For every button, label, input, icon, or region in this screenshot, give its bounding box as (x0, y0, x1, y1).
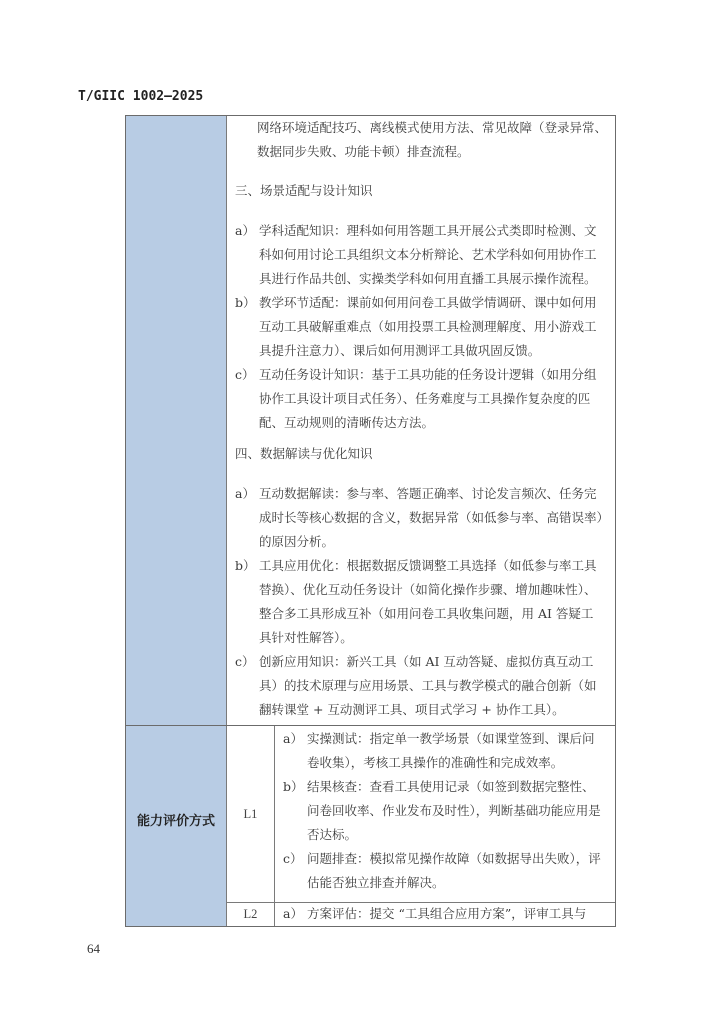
list-item: b） 工具应用优化：根据数据反馈调整工具选择（如低参与率工具替换）、优化互动任务… (235, 554, 605, 650)
section-heading-data: 四、数据解读与优化知识 (235, 442, 373, 466)
list-item: b） 结果核查：查看工具使用记录（如签到数据完整性、问卷回收率、作业发布及时性）… (283, 775, 605, 847)
competency-table: 网络环境适配技巧、离线模式使用方法、常见故障（登录异常、数据同步失败、功能卡顿）… (125, 115, 616, 927)
list-item: c） 问题排查：模拟常见操作故障（如数据导出失败），评估能否独立排查并解决。 (283, 847, 605, 895)
item-text: 问题排查：模拟常见操作故障（如数据导出失败），评估能否独立排查并解决。 (307, 847, 605, 895)
item-text: 互动任务设计知识：基于工具功能的任务设计逻辑（如用分组协作工具设计项目式任务）、… (259, 363, 605, 435)
item-marker: a） (235, 219, 255, 243)
item-marker: c） (283, 847, 303, 871)
document-standard-id: T/GIIC 1002—2025 (78, 89, 203, 104)
item-text: 实操测试：指定单一教学场景（如课堂签到、课后问卷收集），考核工具操作的准确性和完… (307, 727, 605, 775)
intro-paragraph: 网络环境适配技巧、离线模式使用方法、常见故障（登录异常、数据同步失败、功能卡顿）… (257, 116, 609, 164)
item-text: 学科适配知识：理科如何用答题工具开展公式类即时检测、文科如何用讨论工具组织文本分… (259, 219, 605, 291)
row-label-evaluation-method: 能力评价方式 (126, 810, 226, 829)
list-item: a） 互动数据解读：参与率、答题正确率、讨论发言频次、任务完成时长等核心数据的含… (235, 482, 605, 554)
item-marker: b） (283, 775, 304, 799)
item-marker: a） (283, 727, 303, 751)
row-label-cell: 能力评价方式 (126, 726, 227, 926)
item-marker: b） (235, 554, 256, 578)
level-content-l2: a） 方案评估：提交 “工具组合应用方案”，评审工具与 (275, 903, 615, 926)
item-marker: b） (235, 291, 256, 315)
item-marker: a） (283, 903, 303, 926)
item-text: 创新应用知识：新兴工具（如 AI 互动答疑、虚拟仿真互动工具）的技术原理与应用场… (259, 650, 605, 722)
list-item: c） 互动任务设计知识：基于工具功能的任务设计逻辑（如用分组协作工具设计项目式任… (235, 363, 605, 435)
list-item: b） 教学环节适配：课前如何用问卷工具做学情调研、课中如何用互动工具破解重难点（… (235, 291, 605, 363)
item-text: 方案评估：提交 “工具组合应用方案”，评审工具与 (307, 903, 605, 926)
item-marker: c） (235, 363, 255, 387)
row-label-cell-empty (126, 116, 227, 725)
list-item: c） 创新应用知识：新兴工具（如 AI 互动答疑、虚拟仿真互动工具）的技术原理与… (235, 650, 605, 722)
knowledge-content-cell: 网络环境适配技巧、离线模式使用方法、常见故障（登录异常、数据同步失败、功能卡顿）… (227, 116, 615, 725)
item-text: 工具应用优化：根据数据反馈调整工具选择（如低参与率工具替换）、优化互动任务设计（… (259, 554, 605, 650)
list-item: a） 方案评估：提交 “工具组合应用方案”，评审工具与 (283, 903, 605, 926)
level-cell-l1: L1 (227, 726, 275, 902)
item-marker: a） (235, 482, 255, 506)
table-row-evaluation: 能力评价方式 L1 a） 实操测试：指定单一教学场景（如课堂签到、课后问卷收集）… (126, 726, 615, 926)
item-text: 结果核查：查看工具使用记录（如签到数据完整性、问卷回收率、作业发布及时性），判断… (307, 775, 605, 847)
level-content-l1: a） 实操测试：指定单一教学场景（如课堂签到、课后问卷收集），考核工具操作的准确… (275, 726, 615, 902)
list-item: a） 实操测试：指定单一教学场景（如课堂签到、课后问卷收集），考核工具操作的准确… (283, 727, 605, 775)
section-heading-scene: 三、场景适配与设计知识 (235, 179, 373, 203)
table-row-knowledge-continued: 网络环境适配技巧、离线模式使用方法、常见故障（登录异常、数据同步失败、功能卡顿）… (126, 116, 615, 726)
item-text: 互动数据解读：参与率、答题正确率、讨论发言频次、任务完成时长等核心数据的含义，数… (259, 482, 605, 554)
list-item: a） 学科适配知识：理科如何用答题工具开展公式类即时检测、文科如何用讨论工具组织… (235, 219, 605, 291)
page-number: 64 (87, 941, 100, 957)
item-marker: c） (235, 650, 255, 674)
level-cell-l2: L2 (227, 903, 275, 926)
item-text: 教学环节适配：课前如何用问卷工具做学情调研、课中如何用互动工具破解重难点（如用投… (259, 291, 605, 363)
